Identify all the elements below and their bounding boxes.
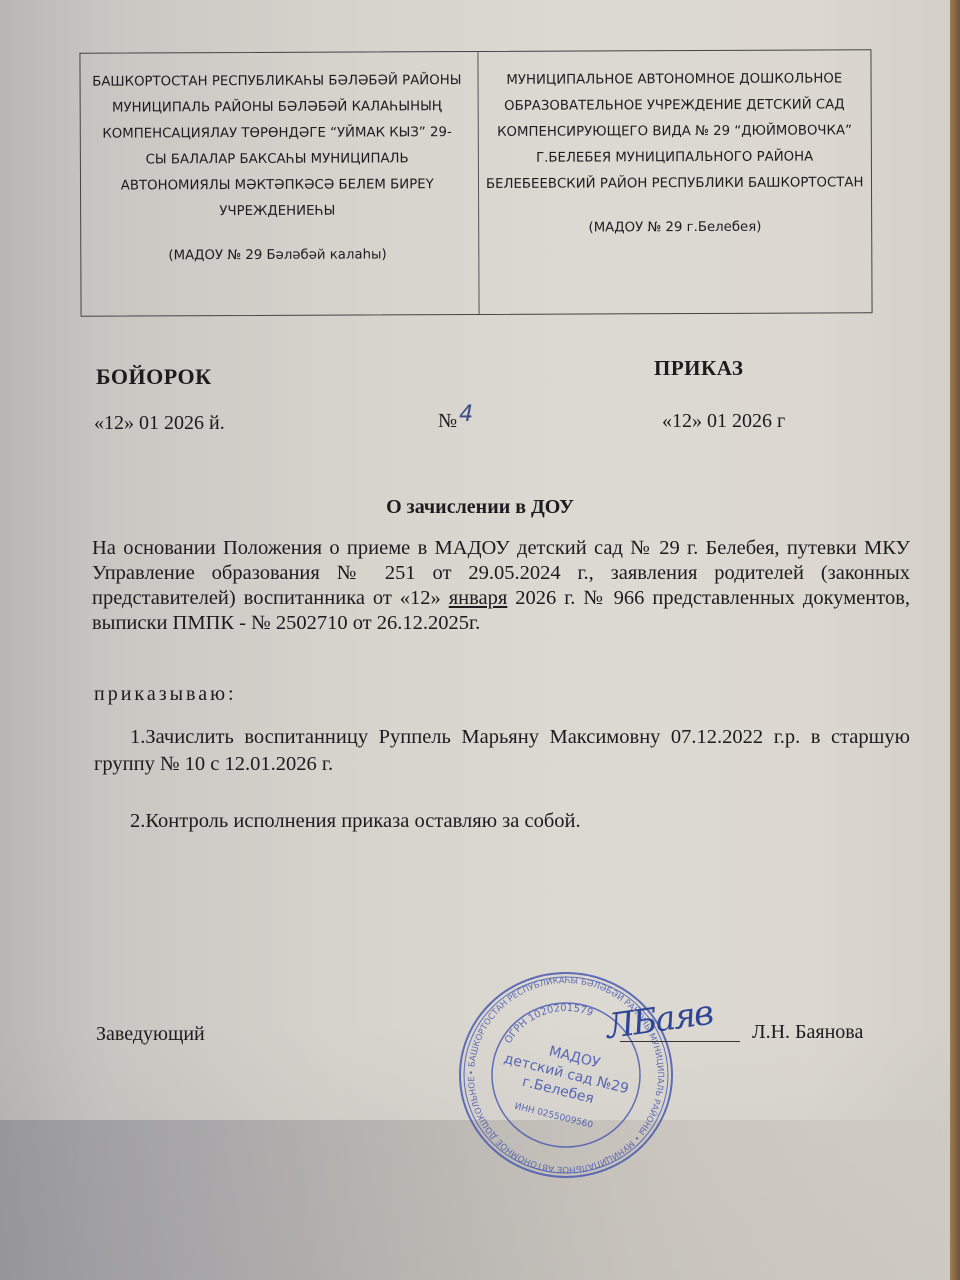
number-label: № — [438, 410, 457, 432]
letterhead-line: БЕЛЕБЕЕВСКИЙ РАЙОН РЕСПУБЛИКИ БАШКОРТОСТ… — [478, 170, 871, 198]
basis-paragraph: На основании Положения о приеме в МАДОУ … — [92, 536, 910, 636]
stamp-seal-icon: • БАШКОРТОСТАН РЕСПУБЛИКАҺЫ БӘЛӘБӘЙ РАЙО… — [454, 968, 678, 1182]
letterhead-line: КОМПЕНСАЦИЯЛАУ ТӨРӨНДӘГЕ “УЙМАК КЫЗ” 29- — [81, 120, 474, 148]
letterhead-line: БАШКОРТОСТАН РЕСПУБЛИКАҺЫ БӘЛӘБӘЙ РАЙОНЫ — [81, 68, 474, 96]
signer-name: Л.Н. Баянова — [752, 1021, 863, 1044]
order-title-russian: ПРИКАЗ — [654, 356, 743, 381]
letterhead-line: ОБРАЗОВАТЕЛЬНОЕ УЧРЕЖДЕНИЕ ДЕТСКИЙ САД — [478, 92, 871, 120]
letterhead-abbr: (МАДОУ № 29 Бәләбәй калаһы) — [81, 242, 474, 270]
stamp-ogrn: ОГРН 1020201579 — [503, 1003, 594, 1046]
letterhead-table: БАШКОРТОСТАН РЕСПУБЛИКАҺЫ БӘЛӘБӘЙ РАЙОНЫ… — [79, 49, 872, 316]
order-date-russian: «12» 01 2026 г — [662, 410, 785, 433]
letterhead-bashkir: БАШКОРТОСТАН РЕСПУБЛИКАҺЫ БӘЛӘБӘЙ РАЙОНЫ… — [80, 52, 479, 316]
order-subject: О зачислении в ДОУ — [0, 496, 960, 519]
order-word: приказываю: — [94, 683, 237, 706]
letterhead-line: КОМПЕНСИРУЮЩЕГО ВИДА № 29 “ДЮЙМОВОЧКА” — [478, 118, 871, 146]
basis-underlined-month: января — [449, 587, 508, 609]
order-date-bashkir: «12» 01 2026 й. — [94, 412, 225, 435]
letterhead-line: УЧРЕЖДЕНИЕҺЫ — [81, 198, 474, 226]
letterhead-line: АВТОНОМИЯЛЫ МӘКТӘПКӘСӘ БЕЛЕМ БИРЕҮ — [81, 172, 474, 200]
svg-text:ОГРН 1020201579: ОГРН 1020201579 — [503, 1003, 594, 1046]
letterhead-abbr: (МАДОУ № 29 г.Белебея) — [479, 214, 872, 242]
order-item-2: 2.Контроль исполнения приказа оставляю з… — [130, 810, 581, 833]
stamp-inn: ИНН 0255009560 — [513, 1102, 594, 1131]
order-title-bashkir: БОЙОРОК — [96, 364, 212, 390]
signer-role: Заведующий — [96, 1023, 205, 1046]
letterhead-russian: МУНИЦИПАЛЬНОЕ АВТОНОМНОЕ ДОШКОЛЬНОЕ ОБРА… — [478, 50, 872, 314]
official-stamp: • БАШКОРТОСТАН РЕСПУБЛИКАҺЫ БӘЛӘБӘЙ РАЙО… — [454, 968, 678, 1182]
handwritten-number: 4 — [459, 402, 473, 427]
letterhead-line: Г.БЕЛЕБЕЯ МУНИЦИПАЛЬНОГО РАЙОНА — [478, 144, 871, 172]
letterhead-line: МУНИЦИПАЛЬ РАЙОНЫ БӘЛӘБӘЙ КАЛАҺЫНЫҢ — [81, 94, 474, 122]
letterhead-line: СЫ БАЛАЛАР БАКСАҺЫ МУНИЦИПАЛЬ — [81, 146, 474, 174]
order-number: №4 — [438, 408, 473, 433]
letterhead-line: МУНИЦИПАЛЬНОЕ АВТОНОМНОЕ ДОШКОЛЬНОЕ — [478, 66, 871, 94]
order-item-1: 1.Зачислить воспитанницу Руппель Марьяну… — [94, 724, 910, 778]
